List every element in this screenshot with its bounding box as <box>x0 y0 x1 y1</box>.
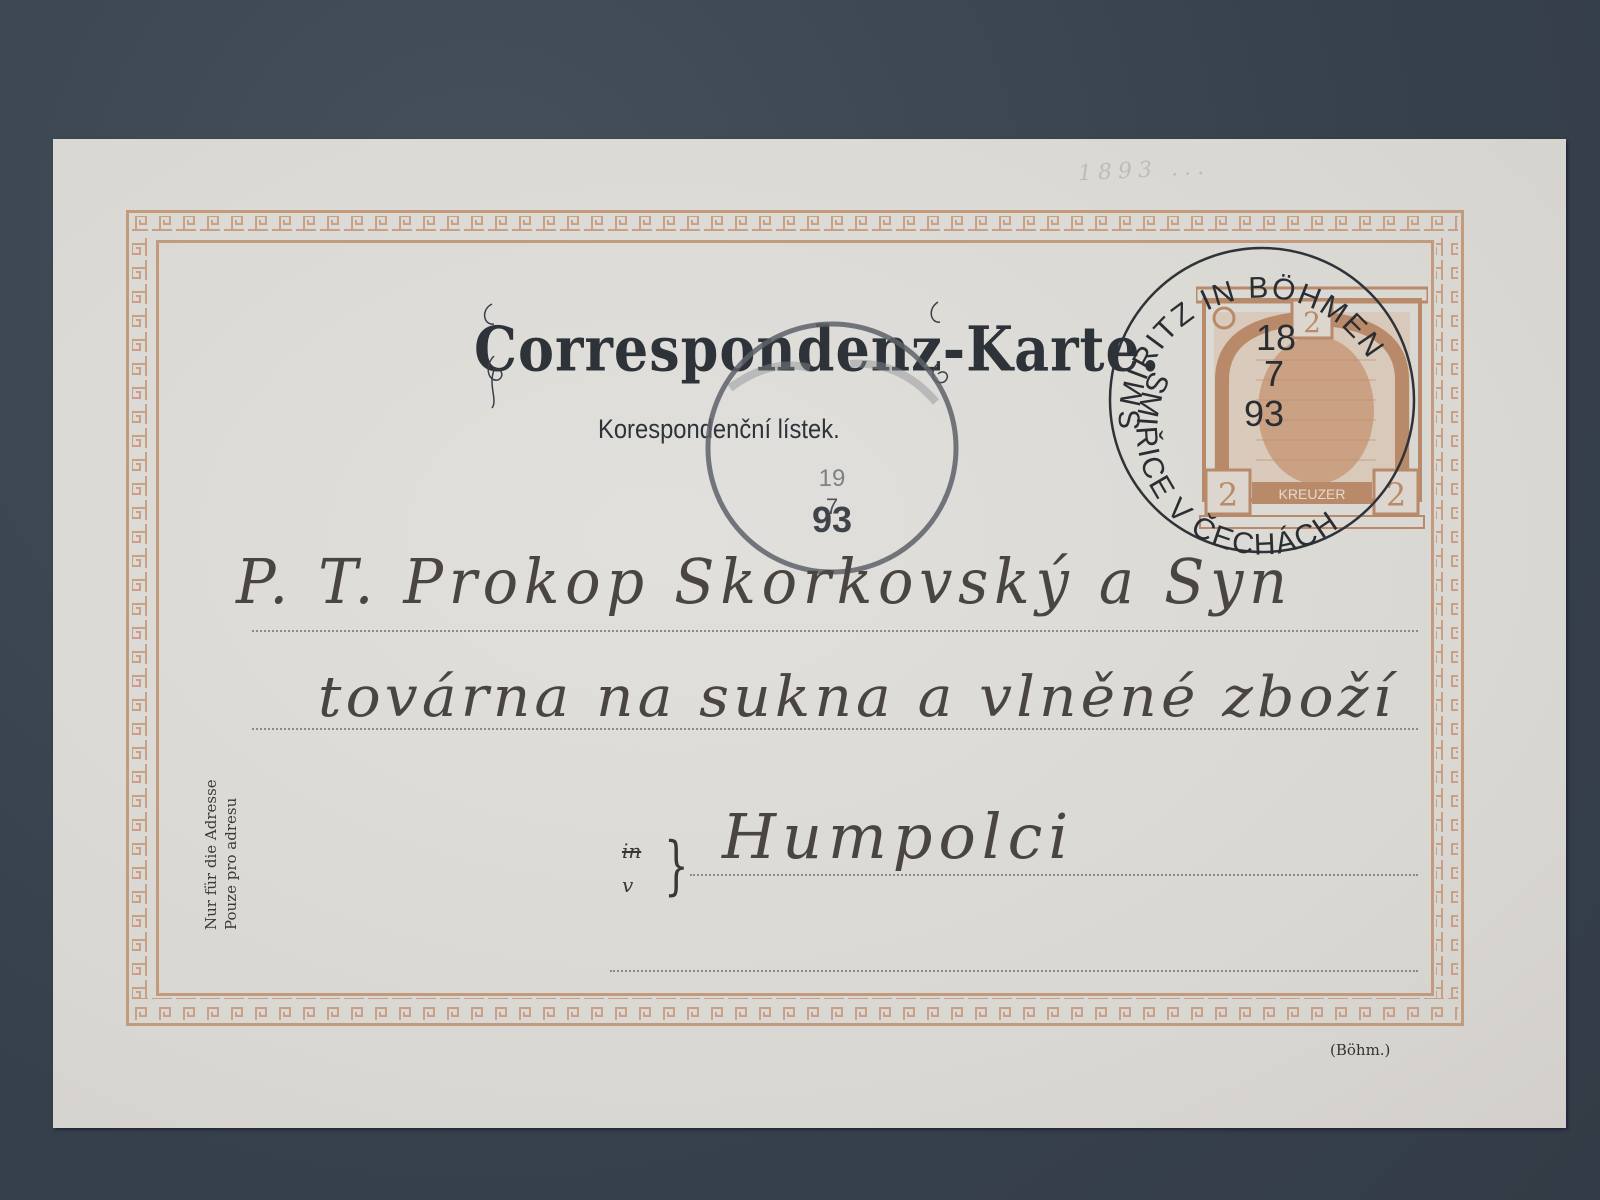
label-czech: Pouze pro adresu <box>221 779 241 930</box>
recipient-name: P. T. Prokop Skorkovský a Syn <box>236 545 1293 618</box>
prefix-v: v <box>622 868 641 902</box>
in-v-prefix: in v <box>622 834 641 902</box>
address-only-label: Nur für die Adresse Pouze pro adresu <box>201 779 241 930</box>
arrival-postmark: 19 7 93 <box>690 318 980 580</box>
recipient-business: továrna na sukna a vlněné zboží <box>318 665 1395 730</box>
brace: } <box>664 836 688 896</box>
address-line-3 <box>690 874 1418 876</box>
address-line-1 <box>252 630 1418 632</box>
svg-text:93: 93 <box>1244 393 1284 434</box>
printer-mark: (Böhm.) <box>1330 1041 1390 1059</box>
origin-postmark: SMIŘITZ IN BÖHMEN SMIŘICE V ČECHÁCH 18 7… <box>1100 240 1420 560</box>
recipient-town: Humpolci <box>722 800 1074 873</box>
svg-text:93: 93 <box>812 499 852 540</box>
svg-text:19: 19 <box>819 465 846 492</box>
svg-text:7: 7 <box>1264 353 1284 394</box>
svg-text:18: 18 <box>1256 317 1296 358</box>
svg-text:SMIŘICE V ČECHÁCH: SMIŘICE V ČECHÁCH <box>1129 367 1345 560</box>
address-line-4 <box>610 970 1418 972</box>
label-german: Nur für die Adresse <box>201 779 221 930</box>
prefix-in: in <box>622 834 641 868</box>
